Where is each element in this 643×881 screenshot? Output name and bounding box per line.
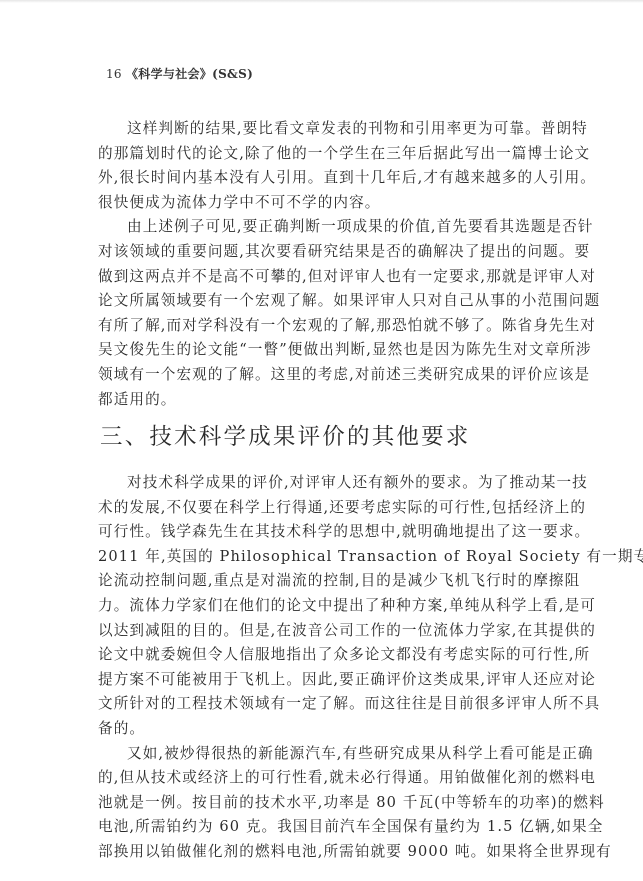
body-text-after-heading: 对技术科学成果的评价,对评审人还有额外的要求。为了推动某一技 术的发展,不仅要在… <box>98 471 564 865</box>
paragraph-evaluation-judgment: 由上述例子可见,要正确判断一项成果的价值,首先要看其选题是否针 对该领域的重要问… <box>98 215 564 412</box>
text-line: 以达到减阻的目的。但是,在波音公司工作的一位流体力学家,在其提供的 <box>98 619 564 644</box>
text-line: 的,但从技术或经济上的可行性看,就未必行得通。用铂做催化剂的燃料电 <box>98 766 564 791</box>
text-line: 池就是一例。按目前的技术水平,功率是 80 千瓦(中等轿车的功率)的燃料 <box>98 791 564 816</box>
text-line: 很快便成为流体力学中不可不学的内容。 <box>98 191 564 216</box>
paragraph-new-energy-vehicles: 又如,被炒得很热的新能源汽车,有些研究成果从科学上看可能是正确 的,但从技术或经… <box>98 742 564 865</box>
text-line: 提方案不可能被用于飞机上。因此,要正确评价这类成果,评审人还应对论 <box>98 668 564 693</box>
text-line: 文所针对的工程技术领域有一定了解。而这往往是目前很多评审人所不具 <box>98 692 564 717</box>
page-top-edge <box>0 0 643 3</box>
text-line: 论流动控制问题,重点是对湍流的控制,目的是减少飞机飞行时的摩擦阻 <box>98 569 564 594</box>
paragraph-prandtl: 这样判断的结果,要比看文章发表的刊物和引用率更为可靠。普朗特 的那篇划时代的论文… <box>98 117 564 215</box>
paragraph-technical-evaluation: 对技术科学成果的评价,对评审人还有额外的要求。为了推动某一技 术的发展,不仅要在… <box>98 471 564 742</box>
text-line: 术的发展,不仅要在科学上行得通,还要考虑实际的可行性,包括经济上的 <box>98 496 564 521</box>
text-line: 外,很长时间内基本没有人引用。直到十几年后,才有越来越多的人引用。 <box>98 166 564 191</box>
text-line: 备的。 <box>98 717 564 742</box>
text-line: 都适用的。 <box>98 388 564 413</box>
page-number: 16 <box>106 67 122 81</box>
running-header: 16 《科学与社会》(S&S) <box>106 65 253 82</box>
text-line: 的那篇划时代的论文,除了他的一个学生在三年后据此写出一篇博士论文 <box>98 142 564 167</box>
text-line: 有所了解,而对学科没有一个宏观的了解,那恐怕就不够了。陈省身先生对 <box>98 314 564 339</box>
section-heading: 三、技术科学成果评价的其他要求 <box>100 419 471 451</box>
text-line: 论文中就委婉但令人信服地指出了众多论文都没有考虑实际的可行性,所 <box>98 643 564 668</box>
text-line: 力。流体力学家们在他们的论文中提出了种种方案,单纯从科学上看,是可 <box>98 594 564 619</box>
text-line: 电池,所需铂约为 60 克。我国目前汽车全国保有量约为 1.5 亿辆,如果全 <box>98 815 564 840</box>
text-line: 对该领域的重要问题,其次要看研究结果是否的确解决了提出的问题。要 <box>98 240 564 265</box>
text-line: 由上述例子可见,要正确判断一项成果的价值,首先要看其选题是否针 <box>98 215 564 240</box>
text-line: 2011 年,英国的 Philosophical Transaction of … <box>98 545 564 570</box>
text-line: 部换用以铂做催化剂的燃料电池,所需铂就要 9000 吨。如果将全世界现有 <box>98 840 564 865</box>
text-line: 对技术科学成果的评价,对评审人还有额外的要求。为了推动某一技 <box>98 471 564 496</box>
text-line: 做到这两点并不是高不可攀的,但对评审人也有一定要求,那就是评审人对 <box>98 265 564 290</box>
text-line: 领域有一个宏观的了解。这里的考虑,对前述三类研究成果的评价应该是 <box>98 363 564 388</box>
text-line: 这样判断的结果,要比看文章发表的刊物和引用率更为可靠。普朗特 <box>98 117 564 142</box>
text-line: 论文所属领域要有一个宏观了解。如果评审人只对自己从事的小范围问题 <box>98 289 564 314</box>
journal-title: 《科学与社会》(S&S) <box>126 67 253 81</box>
body-text-before-heading: 这样判断的结果,要比看文章发表的刊物和引用率更为可靠。普朗特 的那篇划时代的论文… <box>98 117 564 412</box>
text-line: 可行性。钱学森先生在其技术科学的思想中,就明确地提出了这一要求。 <box>98 520 564 545</box>
text-line: 吴文俊先生的论文能“一瞥”便做出判断,显然也是因为陈先生对文章所涉 <box>98 338 564 363</box>
text-line: 又如,被炒得很热的新能源汽车,有些研究成果从科学上看可能是正确 <box>98 742 564 767</box>
